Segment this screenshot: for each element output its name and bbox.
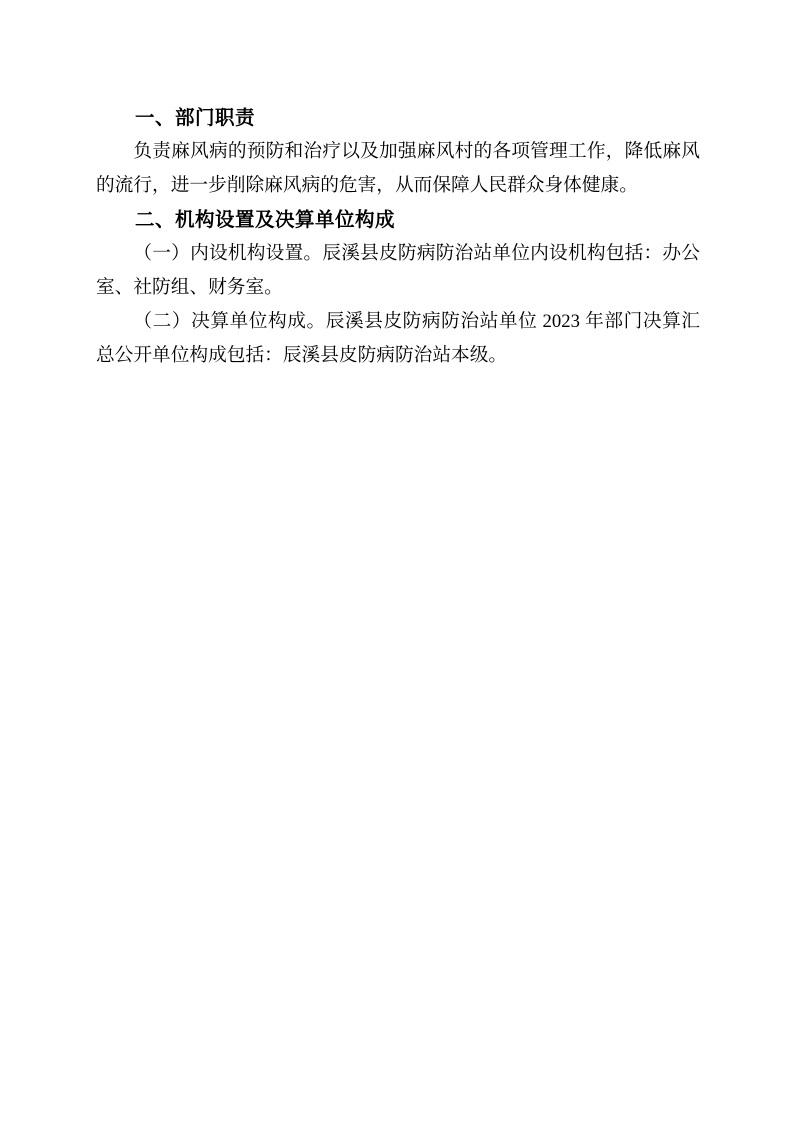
paragraph-department-duties: 负责麻风病的预防和治疗以及加强麻风村的各项管理工作，降低麻风的流行，进一步削除麻…: [96, 135, 700, 203]
document-page: 一、部门职责 负责麻风病的预防和治疗以及加强麻风村的各项管理工作，降低麻风的流行…: [0, 0, 793, 1122]
paragraph-budget-unit-composition: （二）决算单位构成。辰溪县皮防病防治站单位 2023 年部门决算汇总公开单位构成…: [96, 305, 700, 373]
section-heading-department-duties: 一、部门职责: [96, 101, 700, 135]
paragraph-internal-organization: （一）内设机构设置。辰溪县皮防病防治站单位内设机构包括：办公室、社防组、财务室。: [96, 237, 700, 305]
section-heading-organization-structure: 二、机构设置及决算单位构成: [96, 203, 700, 237]
document-content: 一、部门职责 负责麻风病的预防和治疗以及加强麻风村的各项管理工作，降低麻风的流行…: [0, 0, 793, 373]
